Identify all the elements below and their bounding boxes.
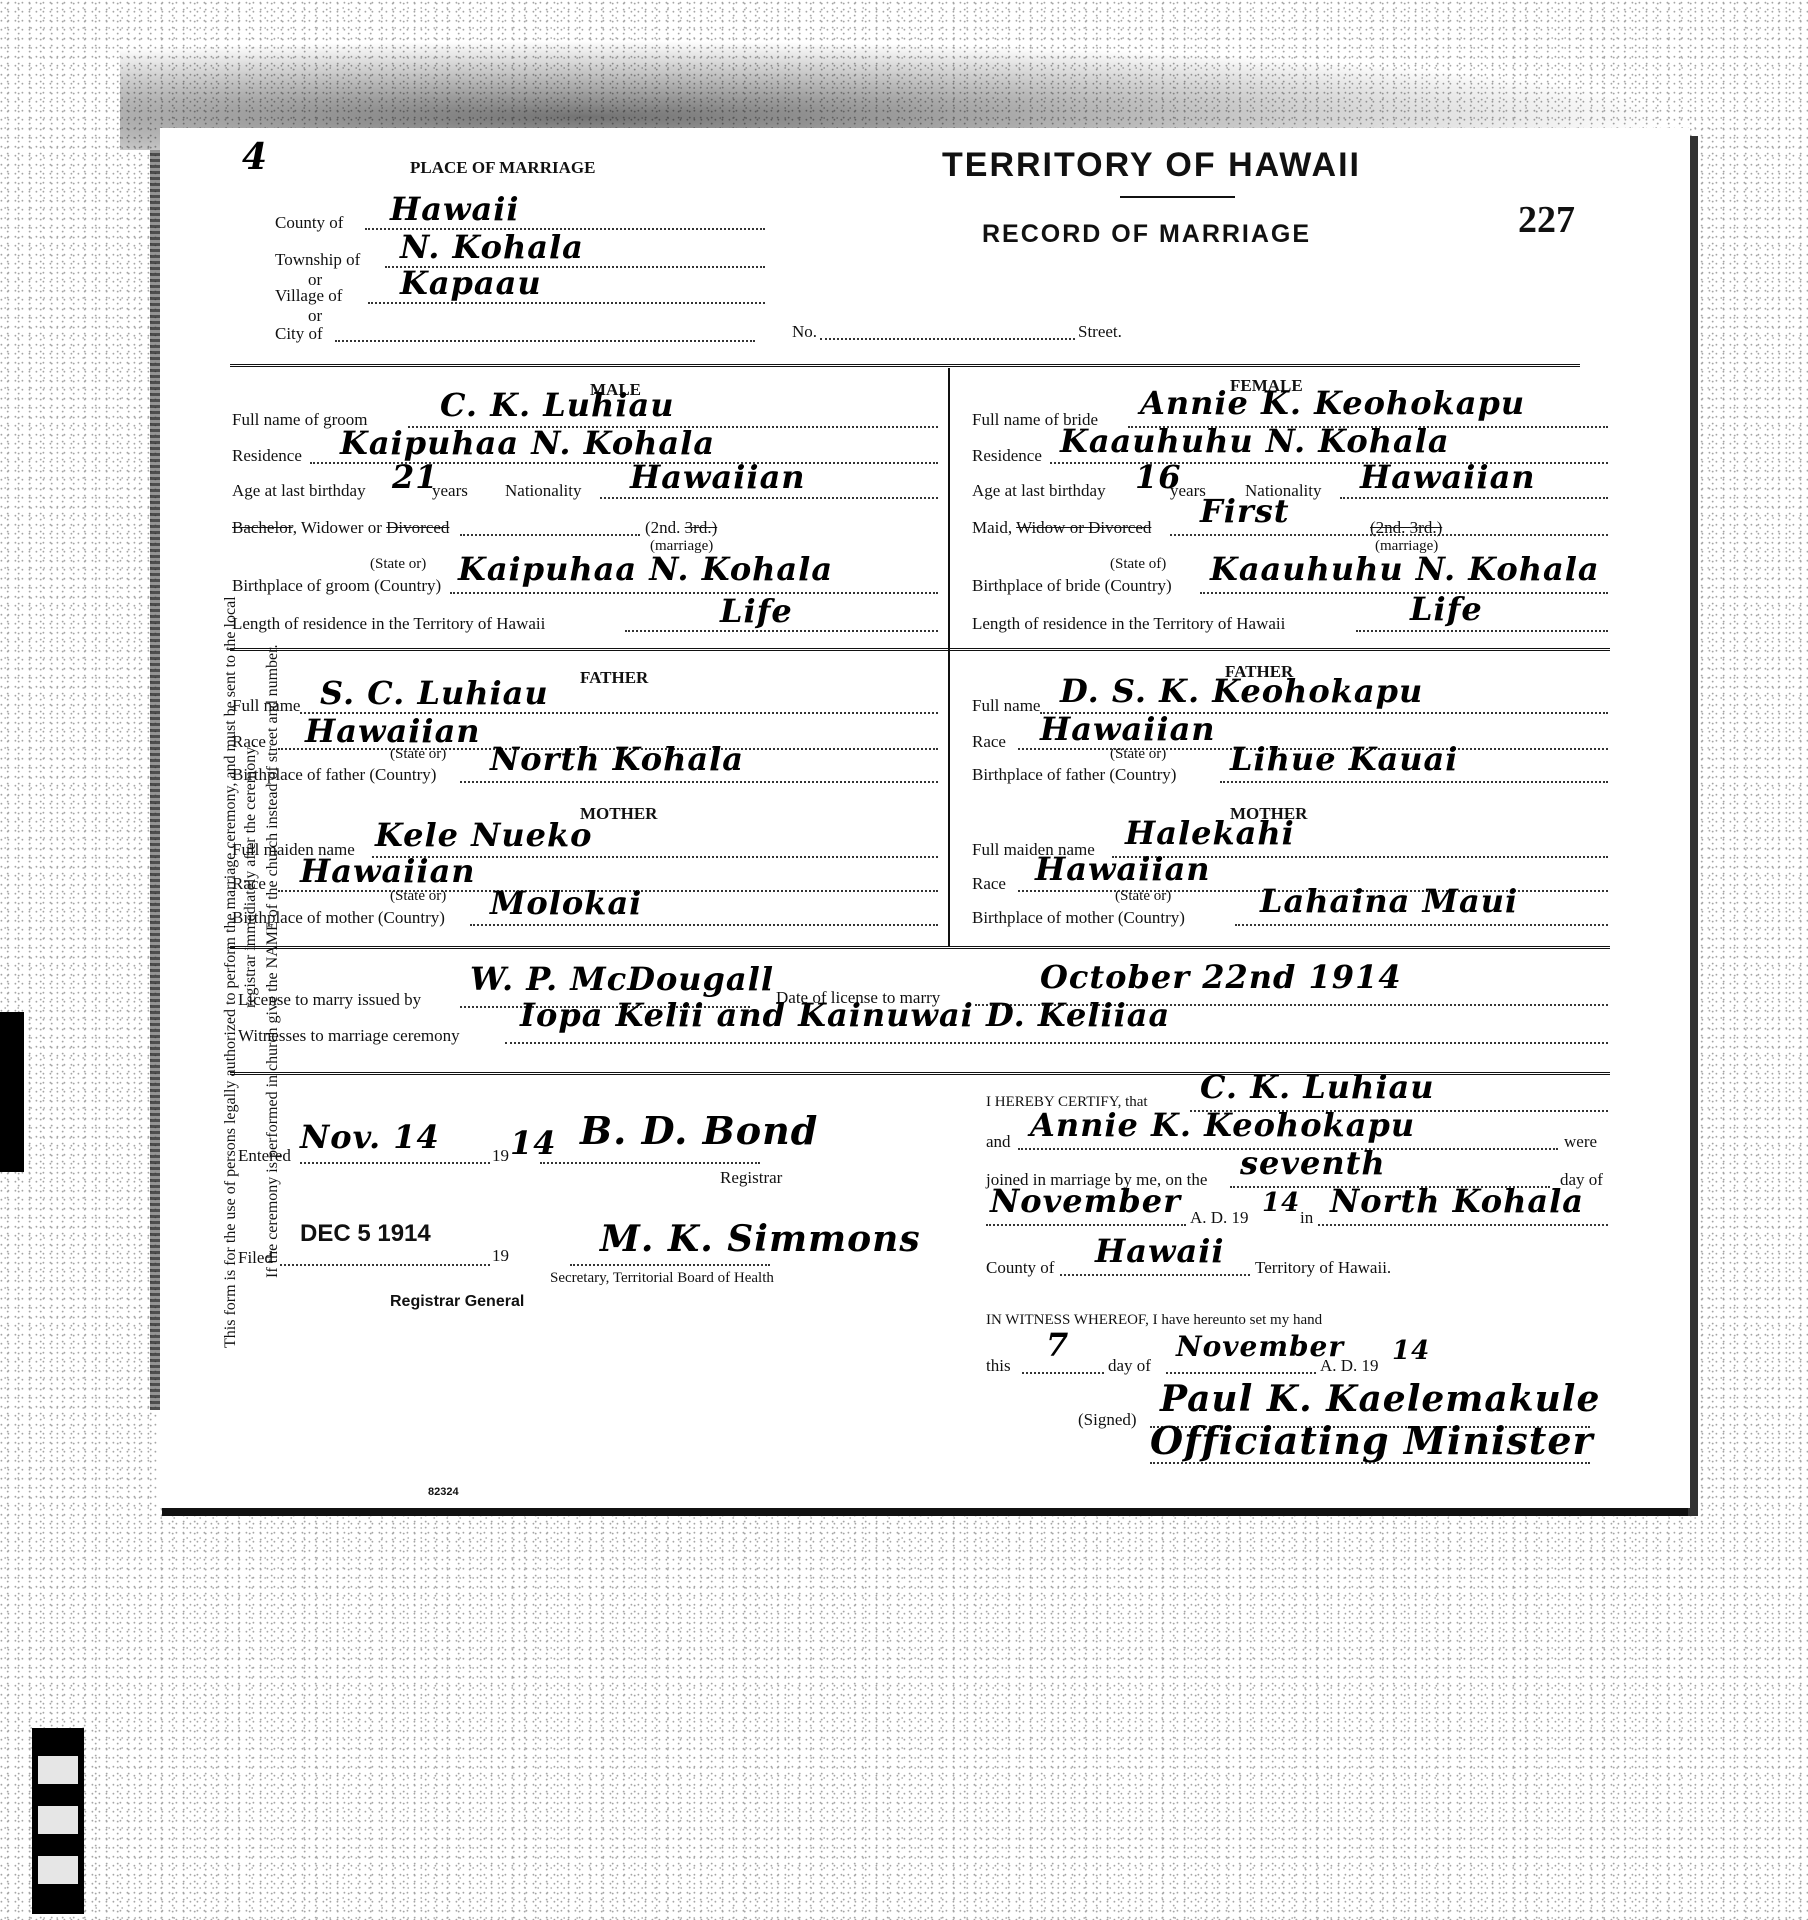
city-label: City of [275, 324, 323, 344]
groom-residence-label: Residence [232, 446, 302, 466]
township-label: Township of [275, 250, 360, 270]
state-label: (State or) [1110, 746, 1166, 763]
entered-year-value: 14 [510, 1124, 557, 1162]
bride-mother-birthplace-value: Lahaina Maui [1260, 882, 1518, 920]
document-title: TERRITORY OF HAWAII [942, 146, 1361, 185]
ad-label: A. D. 19 [1320, 1356, 1379, 1376]
bride-mother-race-value: Hawaiian [1035, 850, 1211, 888]
column-divider [948, 368, 950, 946]
groom-father-name-label: Full name [232, 696, 300, 716]
groom-residence-length-value: Life [720, 592, 793, 630]
groom-mother-race-value: Hawaiian [300, 852, 476, 890]
ad-label: A. D. 19 [1190, 1208, 1249, 1228]
microfilm-roll-marker [32, 1728, 84, 1914]
bride-mother-name-value: Halekahi [1125, 814, 1295, 852]
second-marriage-label: (2nd. [645, 518, 680, 537]
registrar-signature: B. D. Bond [580, 1108, 818, 1153]
village-label: Village of [275, 286, 342, 306]
filed-label: Filed [238, 1248, 273, 1268]
certify-year-value: 14 [1262, 1188, 1300, 1218]
country-label: (Country) [378, 908, 445, 927]
state-label: (State or) [370, 556, 426, 573]
groom-nationality-label: Nationality [505, 481, 581, 501]
license-issued-by-label: License to marry issued by [238, 990, 421, 1010]
minister-signature: Paul K. Kaelemakule [1160, 1378, 1600, 1420]
this-label: this [986, 1356, 1011, 1376]
license-issued-by-value: W. P. McDougall [470, 960, 774, 998]
country-label: (Country) [1118, 908, 1185, 927]
margin-note-line3: If the ceremony is performed in church g… [264, 644, 282, 1278]
country-label: (Country) [369, 765, 436, 784]
certify-bride-value: Annie K. Keohokapu [1030, 1106, 1415, 1144]
bride-birthplace-value: Kaauhuhu N. Kohala [1210, 550, 1600, 588]
bride-residence-label: Residence [972, 446, 1042, 466]
groom-age-label: Age at last birthday [232, 481, 366, 501]
entered-date-value: Nov. 14 [300, 1118, 440, 1156]
race-label: Race [232, 732, 266, 752]
record-number: 227 [1518, 198, 1575, 242]
groom-name-value: C. K. Luhiau [440, 386, 674, 424]
bride-birthplace-label: Birthplace of bride [972, 576, 1100, 595]
bride-residence-value: Kaauhuhu N. Kohala [1060, 422, 1450, 460]
territory-label: Territory of Hawaii. [1255, 1258, 1391, 1278]
filed-year-prefix: 19 [492, 1246, 509, 1266]
divorced-struck: Divorced [386, 518, 449, 537]
groom-residence-value: Kaipuhaa N. Kohala [340, 424, 715, 462]
section-divider [230, 364, 1580, 367]
witness-whereof-label: IN WITNESS WHEREOF, I have hereunto set … [986, 1312, 1322, 1329]
groom-mother-name-value: Kele Nueko [375, 816, 593, 854]
country-label: (Country) [1105, 576, 1172, 595]
country-label: (Country) [1109, 765, 1176, 784]
witnesses-label: Witnesses to marriage ceremony [238, 1026, 460, 1046]
bride-mother-birthplace-label: Birthplace of mother [972, 908, 1114, 927]
or-label: or [308, 306, 322, 326]
form-serial-number: 82324 [428, 1486, 459, 1498]
section-divider [230, 946, 1610, 949]
certify-county-value: Hawaii [1095, 1232, 1225, 1270]
village-value: Kapaau [400, 264, 542, 302]
country-label: (Country) [374, 576, 441, 595]
document-subtitle: RECORD OF MARRIAGE [982, 220, 1311, 249]
bride-residence-length-label: Length of residence in the Territory of … [972, 614, 1285, 634]
bride-father-birthplace-label: Birthplace of father [972, 765, 1105, 784]
marriage-record-document: This form is for the use of persons lega… [160, 128, 1690, 1508]
groom-mother-birthplace-value: Molokai [490, 884, 642, 922]
groom-mother-birthplace-label: Birthplace of mother [232, 908, 374, 927]
entered-label: Entered [238, 1146, 291, 1166]
corner-mark: 4 [242, 136, 268, 178]
registrar-label: Registrar [720, 1168, 782, 1188]
groom-father-birthplace-label: Birthplace of father [232, 765, 365, 784]
bride-father-name-value: D. S. K. Keohokapu [1060, 672, 1423, 710]
maid-label: Maid, [972, 518, 1012, 537]
certify-county-label: County of [986, 1258, 1054, 1278]
state-label: (State of) [1110, 556, 1166, 573]
race-label: Race [972, 874, 1006, 894]
groom-father-name-value: S. C. Luhiau [320, 674, 549, 712]
divider [230, 648, 948, 651]
bride-father-race-value: Hawaiian [1040, 710, 1216, 748]
bachelor-struck: Bachelor [232, 518, 293, 537]
groom-birthplace-value: Kaipuhaa N. Kohala [458, 550, 833, 588]
and-label: and [986, 1132, 1011, 1152]
secretary-signature: M. K. Simmons [600, 1218, 921, 1260]
entered-year-prefix: 19 [492, 1146, 509, 1166]
county-label: County of [275, 213, 343, 233]
groom-father-birthplace-value: North Kohala [490, 740, 744, 778]
witness-day-value: 7 [1046, 1326, 1069, 1364]
third-marriage-struck: 3rd.) [685, 518, 718, 537]
filed-date-stamp: DEC 5 1914 [300, 1220, 431, 1248]
groom-father-race-value: Hawaiian [305, 712, 481, 750]
witness-month-value: November [1176, 1330, 1344, 1363]
bride-father-birthplace-value: Lihue Kauai [1230, 740, 1458, 778]
divider [950, 648, 1610, 651]
township-value: N. Kohala [400, 228, 584, 266]
groom-nationality-value: Hawaiian [630, 458, 806, 496]
day-of-label: day of [1108, 1356, 1151, 1376]
bride-nationality-value: Hawaiian [1360, 458, 1536, 496]
street-label: Street. [1078, 322, 1122, 342]
bride-father-name-label: Full name [972, 696, 1040, 716]
bride-status-value: First [1200, 492, 1290, 530]
secretary-label: Secretary, Territorial Board of Health [550, 1270, 774, 1287]
widow-divorced-struck: Widow or Divorced [1016, 518, 1151, 537]
witness-year-value: 14 [1392, 1336, 1430, 1366]
in-label: in [1300, 1208, 1313, 1228]
groom-birthplace-label: Birthplace of groom [232, 576, 370, 595]
bride-residence-length-value: Life [1410, 590, 1483, 628]
race-label: Race [232, 874, 266, 894]
witnesses-value: Iopa Kelii and Kainuwai D. Keliiaa [520, 996, 1170, 1034]
certify-month-value: November [990, 1182, 1181, 1220]
film-edge-tab [0, 1012, 24, 1172]
license-date-value: October 22nd 1914 [1040, 958, 1402, 996]
groom-residence-length-label: Length of residence in the Territory of … [232, 614, 545, 634]
state-label: (State or) [390, 888, 446, 905]
certify-place-value: North Kohala [1330, 1182, 1584, 1220]
bride-name-value: Annie K. Keohokapu [1140, 384, 1525, 422]
were-label: were [1564, 1132, 1597, 1152]
state-label: (State or) [1115, 888, 1171, 905]
bride-age-label: Age at last birthday [972, 481, 1106, 501]
marriage-count-struck: (2nd. 3rd.) [1370, 518, 1442, 538]
certify-groom-value: C. K. Luhiau [1200, 1068, 1434, 1106]
no-label: No. [792, 322, 817, 342]
certify-day-value: seventh [1240, 1144, 1386, 1182]
state-label: (State or) [390, 746, 446, 763]
groom-father-heading: FATHER [580, 668, 648, 688]
county-value: Hawaii [390, 190, 520, 228]
years-label: years [432, 481, 468, 501]
registrar-general-label: Registrar General [390, 1293, 524, 1311]
title-divider [1120, 196, 1235, 198]
place-heading: PLACE OF MARRIAGE [410, 158, 595, 178]
signed-label: (Signed) [1078, 1410, 1137, 1430]
race-label: Race [972, 732, 1006, 752]
groom-status-label: , Widower or [293, 518, 382, 537]
minister-title: Officiating Minister [1150, 1418, 1594, 1463]
